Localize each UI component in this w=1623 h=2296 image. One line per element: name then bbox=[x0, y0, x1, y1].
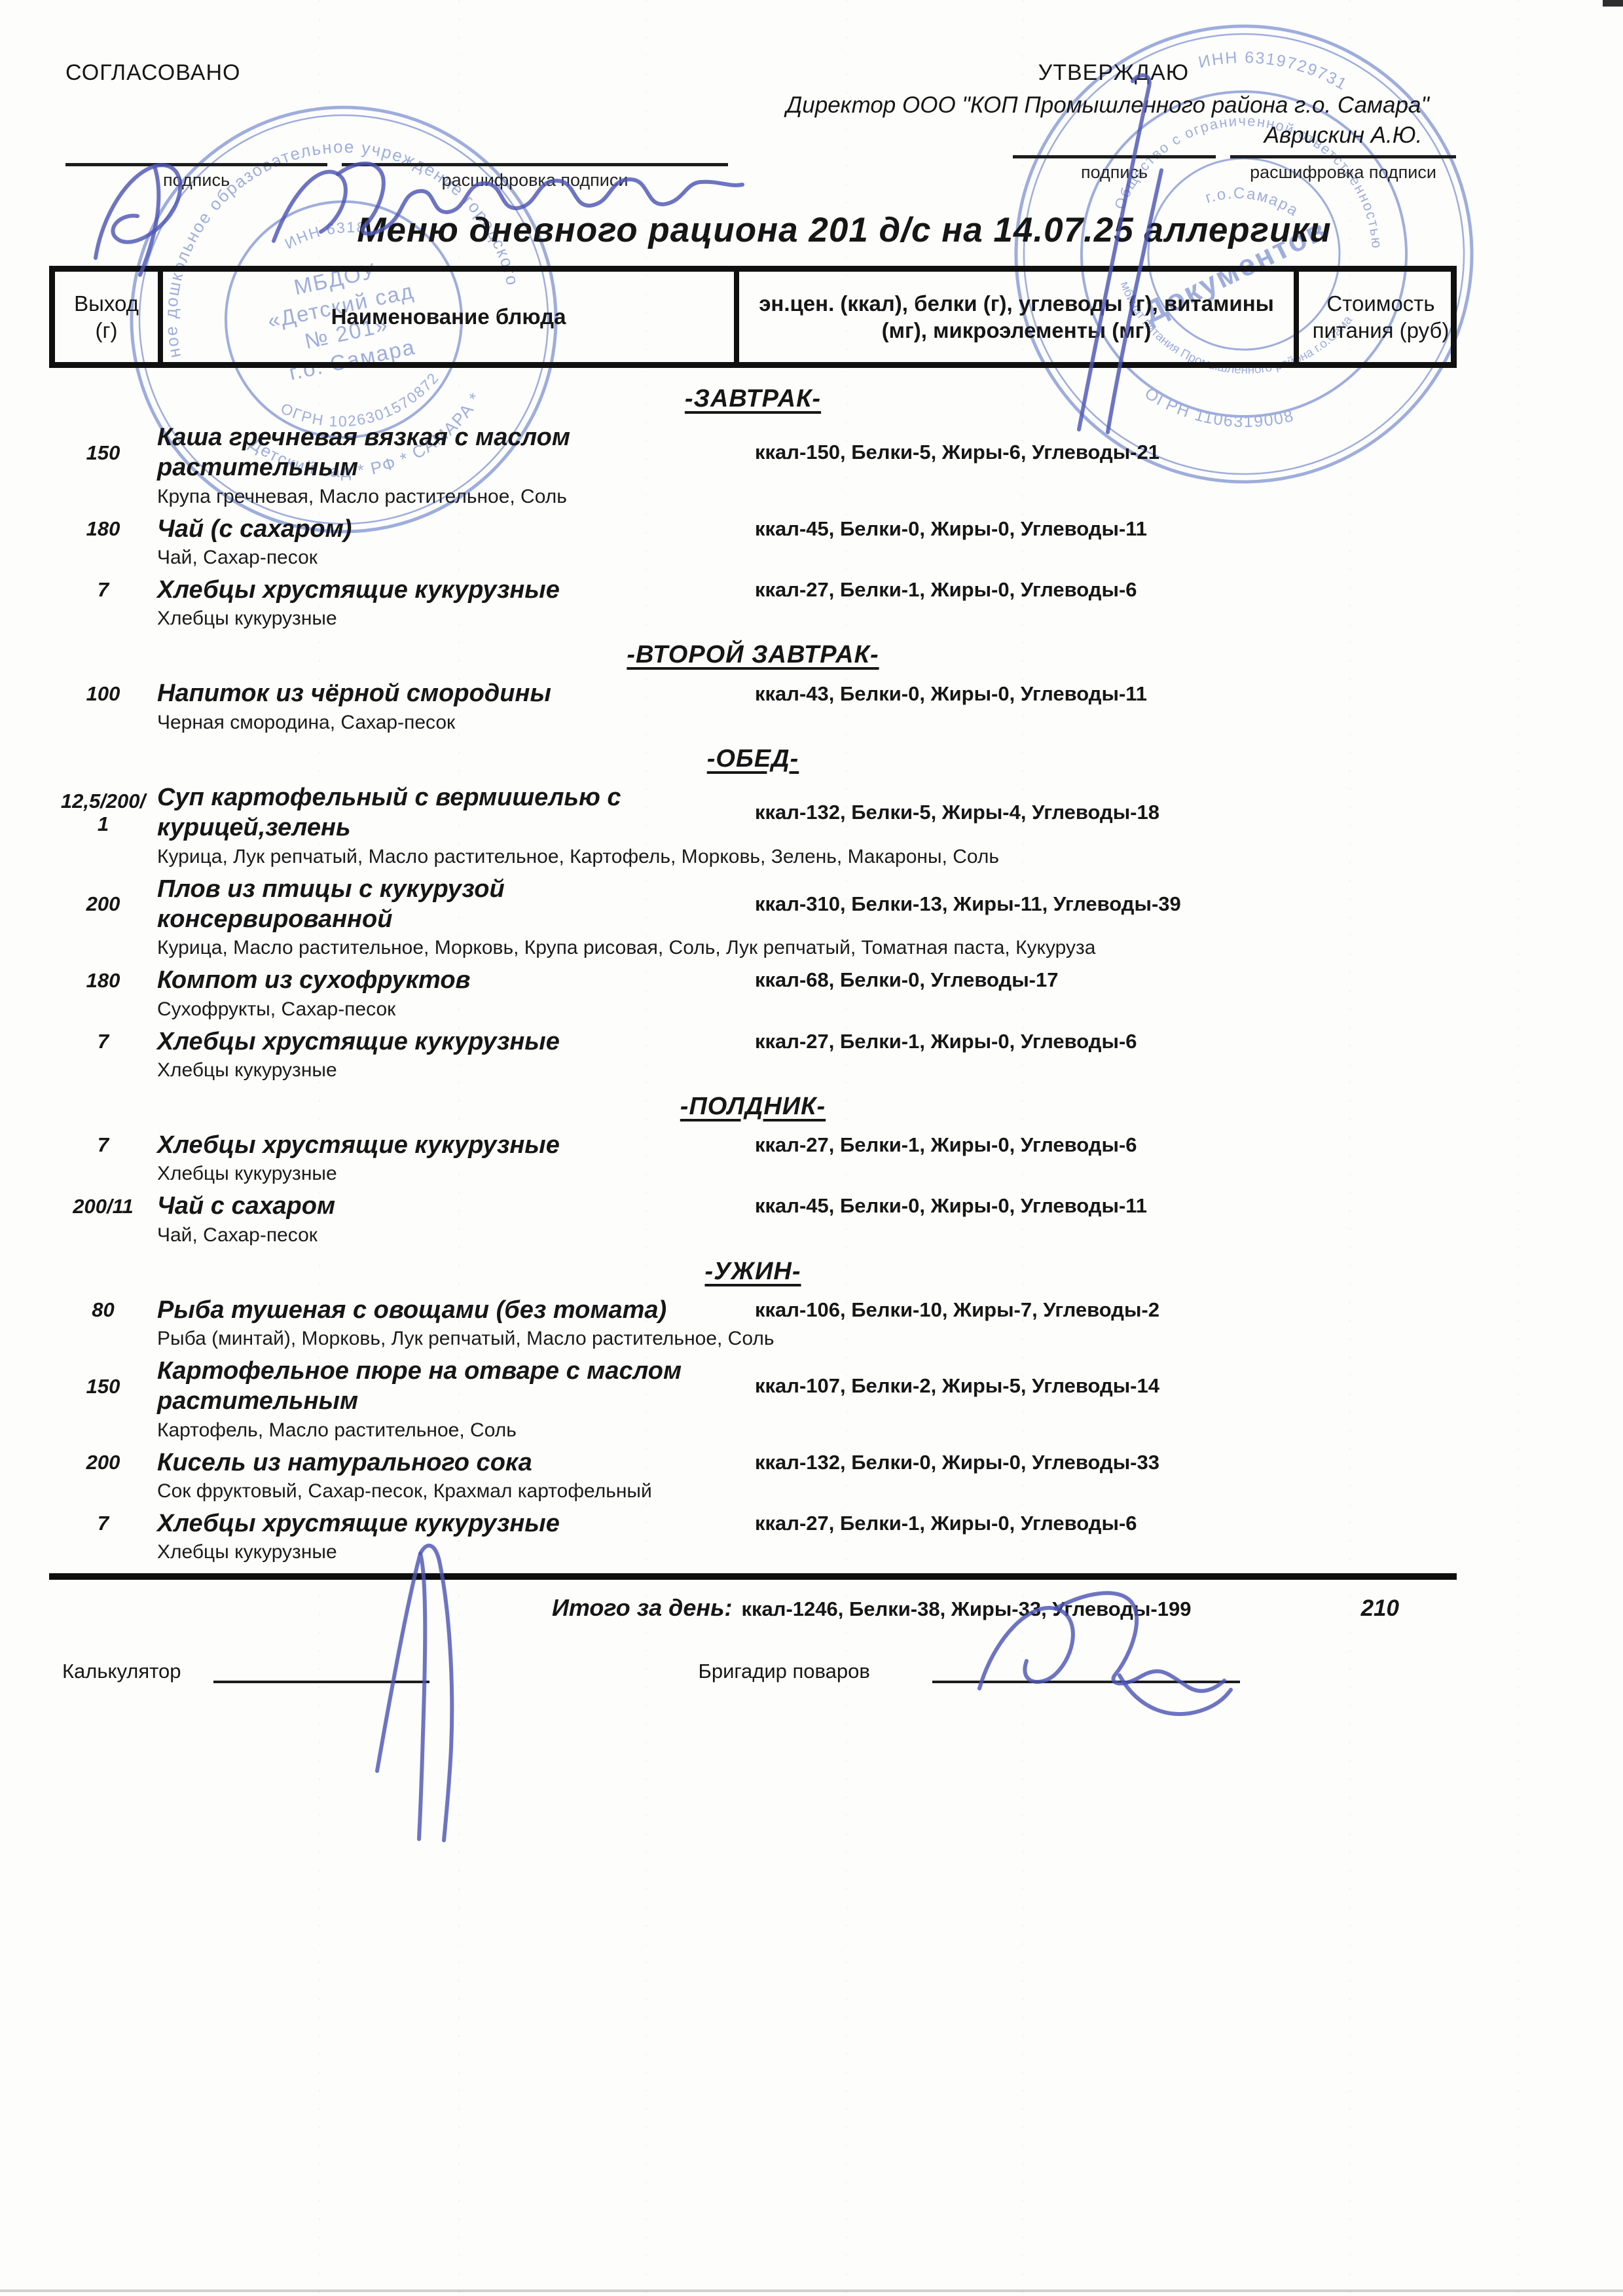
calculator-signature-line bbox=[213, 1681, 429, 1683]
menu-table: Выход (г) Наименование блюда эн.цен. (кк… bbox=[49, 266, 1457, 1683]
column-header-nutrition: эн.цен. (ккал), белки (г), углеводы (г),… bbox=[739, 272, 1299, 362]
approved-transcript-field: Аврискин А.Ю. расшифровка подписи bbox=[1230, 122, 1456, 183]
brigadier-label: Бригадир поваров bbox=[698, 1660, 869, 1683]
dish-ingredients: Рыба (минтай), Морковь, Лук репчатый, Ма… bbox=[157, 1327, 1457, 1351]
agreed-block: СОГЛАСОВАНО подпись расшифровка подписи bbox=[65, 60, 786, 191]
menu-item: 200/11 Чай с сахаром ккал-45, Белки-0, Ж… bbox=[49, 1191, 1457, 1247]
menu-item: 12,5/200/ 1 Суп картофельный с вермишель… bbox=[49, 782, 1457, 869]
agreed-transcript-field: расшифровка подписи bbox=[342, 163, 728, 191]
agreed-label: СОГЛАСОВАНО bbox=[65, 60, 786, 86]
dish-ingredients: Крупа гречневая, Масло растительное, Сол… bbox=[157, 485, 1457, 509]
totals-cost: 210 bbox=[1361, 1595, 1399, 1622]
column-header-output: Выход (г) bbox=[55, 272, 163, 362]
menu-item: 180 Чай (с сахаром) ккал-45, Белки-0, Жи… bbox=[49, 514, 1457, 570]
scan-edge-line bbox=[0, 2289, 1623, 2292]
menu-body: -ЗАВТРАК- 150 Каша гречневая вязкая с ма… bbox=[49, 368, 1457, 1564]
dish-name: Хлебцы хрустящие кукурузные bbox=[157, 1508, 714, 1539]
dish-ingredients: Хлебцы кукурузные bbox=[157, 607, 1457, 630]
portion-weight: 200 bbox=[49, 1451, 157, 1474]
dish-name: Хлебцы хрустящие кукурузные bbox=[157, 1027, 714, 1057]
dish-ingredients: Сок фруктовый, Сахар-песок, Крахмал карт… bbox=[157, 1480, 1457, 1503]
dish-name: Рыба тушеная с овощами (без томата) bbox=[157, 1295, 714, 1325]
dish-nutrition: ккал-27, Белки-1, Жиры-0, Углеводы-6 bbox=[750, 1512, 1457, 1535]
page-title: Меню дневного рациона 201 д/с на 14.07.2… bbox=[144, 210, 1544, 250]
agreed-signature-field: подпись bbox=[65, 163, 327, 191]
dish-name: Хлебцы хрустящие кукурузные bbox=[157, 575, 714, 605]
dish-ingredients: Хлебцы кукурузные bbox=[157, 1540, 1457, 1564]
scan-artifact-line bbox=[1518, 0, 1519, 2296]
signature-line bbox=[1013, 155, 1216, 158]
portion-weight: 100 bbox=[49, 682, 157, 706]
dish-name: Суп картофельный с вермишелью с курицей,… bbox=[157, 782, 714, 843]
signature-line bbox=[1230, 155, 1456, 158]
director-title: Директор ООО "КОП Промышленного района г… bbox=[786, 92, 1456, 118]
signature-brigadier-ink bbox=[956, 1564, 1250, 1741]
signature-caption: подпись bbox=[65, 170, 327, 191]
portion-weight: 200/11 bbox=[49, 1195, 157, 1218]
dish-nutrition: ккал-27, Белки-1, Жиры-0, Углеводы-6 bbox=[750, 1133, 1457, 1157]
dish-nutrition: ккал-27, Белки-1, Жиры-0, Углеводы-6 bbox=[750, 578, 1457, 602]
approved-label: УТВЕРЖДАЮ bbox=[1038, 60, 1456, 86]
signature-caption: расшифровка подписи bbox=[342, 170, 728, 191]
menu-item: 200 Кисель из натурального сока ккал-132… bbox=[49, 1448, 1457, 1503]
portion-weight: 180 bbox=[49, 969, 157, 993]
totals-divider bbox=[49, 1573, 1457, 1580]
footer-signatures: Калькулятор Бригадир поваров bbox=[49, 1660, 1457, 1683]
dish-ingredients: Сухофрукты, Сахар-песок bbox=[157, 998, 1457, 1021]
menu-item: 200 Плов из птицы с кукурузой консервиро… bbox=[49, 874, 1457, 960]
portion-weight: 7 bbox=[49, 1512, 157, 1535]
menu-item: 100 Напиток из чёрной смородины ккал-43,… bbox=[49, 678, 1457, 734]
dish-nutrition: ккал-27, Белки-1, Жиры-0, Углеводы-6 bbox=[750, 1030, 1457, 1053]
director-name: Аврискин А.Ю. bbox=[1230, 122, 1456, 151]
approved-signature-field: подпись bbox=[1013, 122, 1216, 183]
menu-item: 150 Картофельное пюре на отваре с маслом… bbox=[49, 1356, 1457, 1442]
dish-nutrition: ккал-68, Белки-0, Углеводы-17 bbox=[750, 968, 1457, 992]
dish-nutrition: ккал-150, Белки-5, Жиры-6, Углеводы-21 bbox=[750, 441, 1457, 464]
totals-row: Итого за день: ккал-1246, Белки-38, Жиры… bbox=[49, 1594, 1457, 1622]
dish-name: Хлебцы хрустящие кукурузные bbox=[157, 1130, 714, 1160]
menu-item: 7 Хлебцы хрустящие кукурузные ккал-27, Б… bbox=[49, 1130, 1457, 1186]
dish-name: Чай (с сахаром) bbox=[157, 514, 714, 544]
signature-line bbox=[342, 163, 728, 166]
dish-name: Чай с сахаром bbox=[157, 1191, 714, 1221]
dish-ingredients: Хлебцы кукурузные bbox=[157, 1059, 1457, 1082]
brigadier-signature-line bbox=[932, 1681, 1240, 1683]
portion-weight: 7 bbox=[49, 1030, 157, 1053]
portion-weight: 200 bbox=[49, 892, 157, 916]
dish-name: Каша гречневая вязкая с маслом раститель… bbox=[157, 422, 714, 483]
dish-nutrition: ккал-106, Белки-10, Жиры-7, Углеводы-2 bbox=[750, 1298, 1457, 1322]
column-header-cost: Стоимость питания (руб) bbox=[1299, 272, 1463, 362]
menu-item: 150 Каша гречневая вязкая с маслом расти… bbox=[49, 422, 1457, 509]
portion-weight: 12,5/200/ 1 bbox=[49, 790, 157, 836]
menu-item: 7 Хлебцы хрустящие кукурузные ккал-27, Б… bbox=[49, 1508, 1457, 1564]
document-page: ное дошкольное образовательное учреждени… bbox=[0, 0, 1623, 2296]
portion-weight: 180 bbox=[49, 517, 157, 541]
signature-caption: подпись bbox=[1013, 162, 1216, 183]
dish-ingredients: Картофель, Масло растительное, Соль bbox=[157, 1419, 1457, 1442]
dish-nutrition: ккал-43, Белки-0, Жиры-0, Углеводы-11 bbox=[750, 682, 1457, 706]
portion-weight: 7 bbox=[49, 1133, 157, 1157]
menu-section-dinner: -УЖИН- bbox=[49, 1258, 1457, 1286]
dish-ingredients: Чай, Сахар-песок bbox=[157, 1224, 1457, 1247]
column-header-dish: Наименование блюда bbox=[163, 272, 739, 362]
portion-weight: 7 bbox=[49, 578, 157, 602]
dish-name: Плов из птицы с кукурузой консервированн… bbox=[157, 874, 714, 935]
dish-nutrition: ккал-132, Белки-0, Жиры-0, Углеводы-33 bbox=[750, 1451, 1457, 1474]
menu-item: 180 Компот из сухофруктов ккал-68, Белки… bbox=[49, 965, 1457, 1021]
menu-section-lunch: -ОБЕД- bbox=[49, 745, 1457, 773]
signature-line bbox=[65, 163, 327, 166]
totals-label: Итого за день: bbox=[552, 1594, 733, 1622]
menu-section-snack: -ПОЛДНИК- bbox=[49, 1093, 1457, 1121]
dish-name: Компот из сухофруктов bbox=[157, 965, 714, 995]
approved-block: УТВЕРЖДАЮ Директор ООО "КОП Промышленног… bbox=[786, 60, 1456, 191]
signature-calculator-ink bbox=[363, 1538, 481, 1852]
approval-header: СОГЛАСОВАНО подпись расшифровка подписи … bbox=[0, 0, 1623, 191]
dish-ingredients: Чай, Сахар-песок bbox=[157, 546, 1457, 570]
dish-ingredients: Курица, Лук репчатый, Масло растительное… bbox=[157, 845, 1457, 869]
menu-item: 7 Хлебцы хрустящие кукурузные ккал-27, Б… bbox=[49, 1027, 1457, 1082]
menu-section-second-breakfast: -ВТОРОЙ ЗАВТРАК- bbox=[49, 641, 1457, 669]
portion-weight: 150 bbox=[49, 1375, 157, 1398]
dish-name: Напиток из чёрной смородины bbox=[157, 678, 714, 708]
dish-nutrition: ккал-132, Белки-5, Жиры-4, Углеводы-18 bbox=[750, 801, 1457, 824]
dish-nutrition: ккал-45, Белки-0, Жиры-0, Углеводы-11 bbox=[750, 1194, 1457, 1218]
dish-name: Картофельное пюре на отваре с маслом рас… bbox=[157, 1356, 714, 1417]
dish-ingredients: Курица, Масло растительное, Морковь, Кру… bbox=[157, 936, 1457, 960]
menu-item: 7 Хлебцы хрустящие кукурузные ккал-27, Б… bbox=[49, 575, 1457, 630]
totals-nutrition: ккал-1246, Белки-38, Жиры-33, Углеводы-1… bbox=[742, 1597, 1192, 1621]
dish-ingredients: Хлебцы кукурузные bbox=[157, 1162, 1457, 1186]
menu-item: 80 Рыба тушеная с овощами (без томата) к… bbox=[49, 1295, 1457, 1351]
dish-nutrition: ккал-45, Белки-0, Жиры-0, Углеводы-11 bbox=[750, 517, 1457, 541]
signature-caption: расшифровка подписи bbox=[1230, 162, 1456, 183]
portion-weight: 80 bbox=[49, 1298, 157, 1322]
dish-ingredients: Черная смородина, Сахар-песок bbox=[157, 711, 1457, 735]
menu-table-header: Выход (г) Наименование блюда эн.цен. (кк… bbox=[49, 266, 1457, 368]
dish-nutrition: ккал-310, Белки-13, Жиры-11, Углеводы-39 bbox=[750, 892, 1457, 916]
portion-weight: 150 bbox=[49, 441, 157, 465]
dish-nutrition: ккал-107, Белки-2, Жиры-5, Углеводы-14 bbox=[750, 1374, 1457, 1398]
spacer bbox=[1013, 122, 1216, 151]
dish-name: Кисель из натурального сока bbox=[157, 1448, 714, 1478]
menu-section-breakfast: -ЗАВТРАК- bbox=[49, 385, 1457, 413]
calculator-label: Калькулятор bbox=[62, 1660, 181, 1683]
